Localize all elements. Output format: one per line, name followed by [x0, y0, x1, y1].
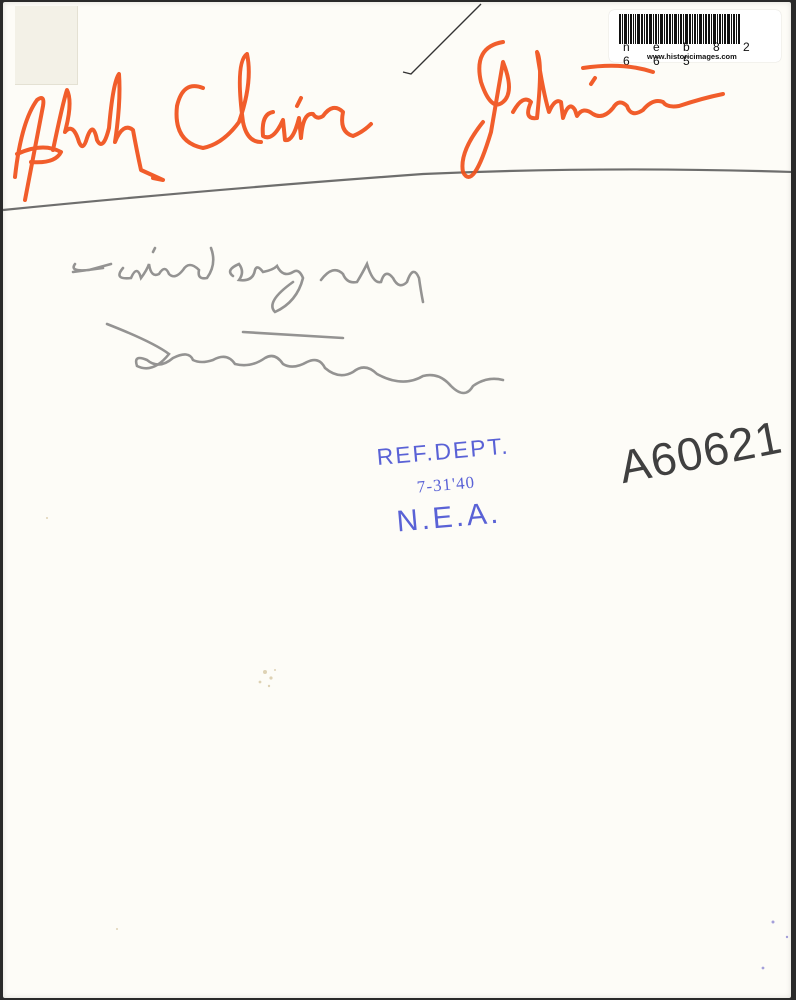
- underline-rule: [3, 169, 791, 210]
- paper-specks: [46, 517, 276, 930]
- ref-dept-stamp: REF.DEPT. 7-31'40 N.E.A.: [347, 430, 548, 586]
- ink-specks: [762, 921, 789, 970]
- check-mark-icon: [403, 4, 481, 74]
- photo-back-card: n e b 8 2 6 6 5 www.historicimages.com: [3, 2, 791, 998]
